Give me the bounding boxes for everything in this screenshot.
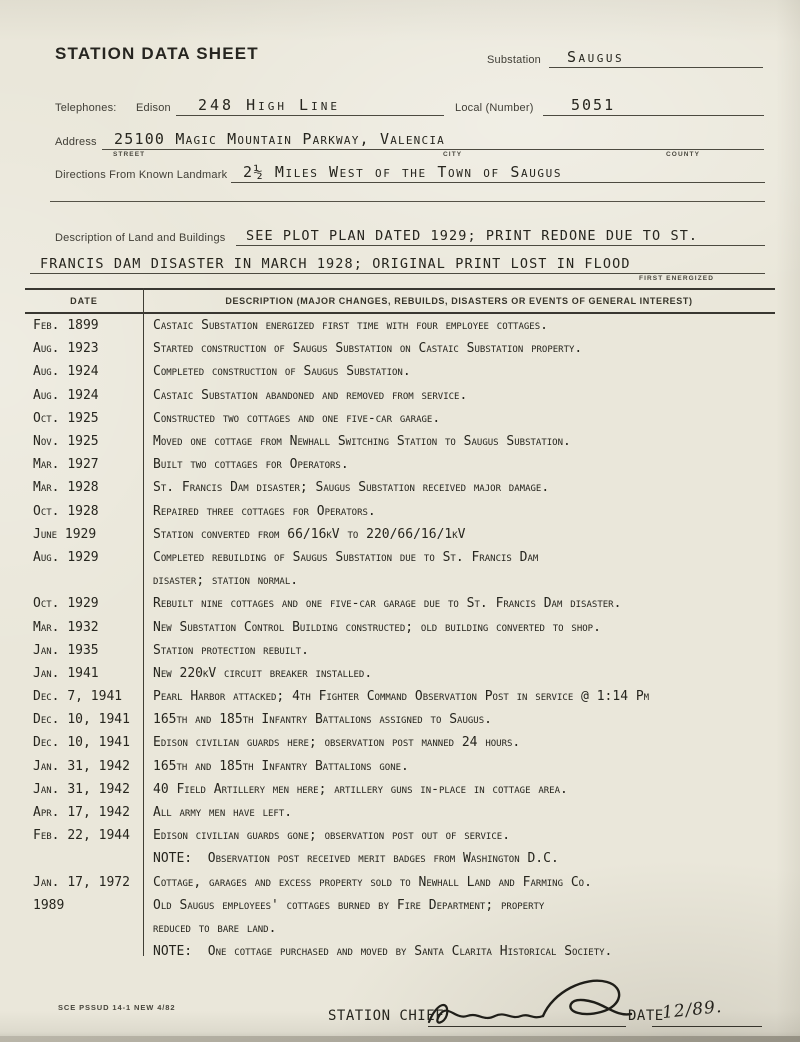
date-cell: Jan. 31, 1942 (25, 782, 143, 797)
description-cell: 165th and 185th Infantry Battalions gone… (143, 759, 775, 774)
description-cell: disaster; station normal. (143, 573, 775, 588)
table-row: reduced to bare land. (25, 917, 775, 940)
date-cell: Aug. 1923 (25, 341, 143, 356)
date-cell: June 1929 (25, 527, 143, 542)
date-cell: Jan. 17, 1972 (25, 875, 143, 890)
table-row: NOTE: Observation post received merit ba… (25, 847, 775, 870)
table-row: Jan. 17, 1972Cottage, garages and excess… (25, 871, 775, 894)
description-cell: Constructed two cottages and one five-ca… (143, 411, 775, 426)
date-cell: 1989 (25, 898, 143, 913)
description-field-line2: FRANCIS DAM DISASTER IN MARCH 1928; ORIG… (30, 252, 765, 274)
table-row: Jan. 1941New 220kV circuit breaker insta… (25, 662, 775, 685)
description-cell: NOTE: One cottage purchased and moved by… (143, 944, 775, 959)
directions-value: 2½ Miles West of the Town of Saugus (243, 163, 562, 181)
street-label: STREET (113, 151, 145, 158)
table-row: June 1929Station converted from 66/16kV … (25, 523, 775, 546)
date-column-header: DATE (25, 296, 143, 306)
date-cell: Dec. 10, 1941 (25, 712, 143, 727)
table-row: Feb. 22, 1944Edison civilian guards gone… (25, 824, 775, 847)
table-row: Aug. 1924Castaic Substation abandoned an… (25, 384, 775, 407)
description-cell: Started construction of Saugus Substatio… (143, 341, 775, 356)
date-cell: Oct. 1925 (25, 411, 143, 426)
description-cell: Station protection rebuilt. (143, 643, 775, 658)
date-line (652, 1026, 762, 1027)
table-row: Apr. 17, 1942All army men have left. (25, 801, 775, 824)
table-row: Jan. 1935Station protection rebuilt. (25, 639, 775, 662)
edison-phone-value: 248 High Line (198, 96, 340, 114)
local-number-value: 5051 (571, 96, 615, 114)
description-cell: Rebuilt nine cottages and one five-car g… (143, 596, 775, 611)
city-label: CITY (443, 151, 462, 158)
table-row: Feb. 1899Castaic Substation energized fi… (25, 314, 775, 337)
table-row: disaster; station normal. (25, 569, 775, 592)
date-cell: Oct. 1928 (25, 504, 143, 519)
substation-label: Substation (487, 54, 541, 66)
description-cell: Repaired three cottages for Operators. (143, 504, 775, 519)
table-row: Mar. 1932New Substation Control Building… (25, 615, 775, 638)
table-column-divider (143, 288, 144, 956)
date-cell: Dec. 10, 1941 (25, 735, 143, 750)
date-cell: Feb. 1899 (25, 318, 143, 333)
date-cell: Feb. 22, 1944 (25, 828, 143, 843)
address-value: 25100 Magic Mountain Parkway, Valencia (114, 130, 445, 148)
description-cell: Old Saugus employees' cottages burned by… (143, 898, 775, 913)
date-cell: Aug. 1924 (25, 388, 143, 403)
description-cell: Pearl Harbor attacked; 4th Fighter Comma… (143, 689, 775, 704)
table-row: 1989Old Saugus employees' cottages burne… (25, 894, 775, 917)
table-row: Dec. 7, 1941Pearl Harbor attacked; 4th F… (25, 685, 775, 708)
substation-value: Saugus (567, 48, 624, 66)
directions-field: 2½ Miles West of the Town of Saugus (231, 161, 765, 183)
date-cell: Aug. 1929 (25, 550, 143, 565)
local-number-label: Local (Number) (455, 102, 534, 114)
handwritten-date: 12/89. (661, 997, 723, 1023)
table-row: Jan. 31, 1942165th and 185th Infantry Ba… (25, 755, 775, 778)
description-value-line1: SEE PLOT PLAN DATED 1929; PRINT REDONE D… (246, 228, 698, 244)
date-cell: Jan. 31, 1942 (25, 759, 143, 774)
description-label: Description of Land and Buildings (55, 232, 225, 244)
table-row: Aug. 1924Completed construction of Saugu… (25, 360, 775, 383)
address-field: 25100 Magic Mountain Parkway, Valencia (102, 128, 764, 150)
table-row: Oct. 1929Rebuilt nine cottages and one f… (25, 592, 775, 615)
table-row: NOTE: One cottage purchased and moved by… (25, 940, 775, 963)
scan-edge-shadow (0, 1036, 800, 1042)
edison-phone-field: 248 High Line (176, 94, 444, 116)
table-row: Mar. 1927Built two cottages for Operator… (25, 453, 775, 476)
table-row: Dec. 10, 1941Edison civilian guards here… (25, 731, 775, 754)
form-number: SCE PSSUD 14-1 NEW 4/82 (58, 1003, 175, 1012)
date-cell: Mar. 1927 (25, 457, 143, 472)
edison-label: Edison (136, 102, 171, 114)
local-number-field: 5051 (543, 94, 764, 116)
date-cell: Aug. 1924 (25, 364, 143, 379)
description-cell: New Substation Control Building construc… (143, 620, 775, 635)
date-cell: Nov. 1925 (25, 434, 143, 449)
address-label: Address (55, 136, 97, 148)
history-table: DATE DESCRIPTION (MAJOR CHANGES, REBUILD… (25, 288, 775, 960)
table-row: Jan. 31, 194240 Field Artillery men here… (25, 778, 775, 801)
table-row: Oct. 1928Repaired three cottages for Ope… (25, 500, 775, 523)
description-cell: Edison civilian guards here; observation… (143, 735, 775, 750)
footer-date-label: DATE (628, 1008, 664, 1024)
description-cell: 40 Field Artillery men here; artillery g… (143, 782, 775, 797)
description-column-header: DESCRIPTION (MAJOR CHANGES, REBUILDS, DI… (143, 296, 775, 306)
date-cell: Oct. 1929 (25, 596, 143, 611)
table-row: Mar. 1928St. Francis Dam disaster; Saugu… (25, 476, 775, 499)
blank-rule (50, 201, 765, 202)
date-cell: Jan. 1941 (25, 666, 143, 681)
date-cell: Mar. 1932 (25, 620, 143, 635)
date-cell: Dec. 7, 1941 (25, 689, 143, 704)
table-row: Aug. 1923Started construction of Saugus … (25, 337, 775, 360)
table-row: Aug. 1929Completed rebuilding of Saugus … (25, 546, 775, 569)
table-row: Dec. 10, 1941165th and 185th Infantry Ba… (25, 708, 775, 731)
description-cell: Castaic Substation energized first time … (143, 318, 775, 333)
description-cell: reduced to bare land. (143, 921, 775, 936)
description-cell: Completed rebuilding of Saugus Substatio… (143, 550, 775, 565)
first-energized-label: FIRST ENERGIZED (639, 275, 714, 282)
table-row: Nov. 1925Moved one cottage from Newhall … (25, 430, 775, 453)
description-cell: St. Francis Dam disaster; Saugus Substat… (143, 480, 775, 495)
county-label: COUNTY (666, 151, 700, 158)
description-cell: Castaic Substation abandoned and removed… (143, 388, 775, 403)
telephones-label: Telephones: (55, 102, 117, 114)
description-cell: 165th and 185th Infantry Battalions assi… (143, 712, 775, 727)
description-cell: Station converted from 66/16kV to 220/66… (143, 527, 775, 542)
directions-label: Directions From Known Landmark (55, 169, 227, 181)
table-header-row: DATE DESCRIPTION (MAJOR CHANGES, REBUILD… (25, 288, 775, 314)
description-cell: Cottage, garages and excess property sol… (143, 875, 775, 890)
description-cell: Built two cottages for Operators. (143, 457, 775, 472)
description-field-line1: SEE PLOT PLAN DATED 1929; PRINT REDONE D… (236, 224, 765, 246)
substation-field: Saugus (549, 46, 763, 68)
description-cell: New 220kV circuit breaker installed. (143, 666, 775, 681)
history-rows: Feb. 1899Castaic Substation energized fi… (25, 314, 775, 963)
description-value-line2: FRANCIS DAM DISASTER IN MARCH 1928; ORIG… (40, 256, 631, 272)
date-cell: Mar. 1928 (25, 480, 143, 495)
description-cell: All army men have left. (143, 805, 775, 820)
signature (425, 972, 640, 1034)
description-cell: Moved one cottage from Newhall Switching… (143, 434, 775, 449)
description-cell: Edison civilian guards gone; observation… (143, 828, 775, 843)
description-cell: Completed construction of Saugus Substat… (143, 364, 775, 379)
description-cell: NOTE: Observation post received merit ba… (143, 851, 775, 866)
date-cell: Jan. 1935 (25, 643, 143, 658)
table-row: Oct. 1925Constructed two cottages and on… (25, 407, 775, 430)
date-cell: Apr. 17, 1942 (25, 805, 143, 820)
page-title: STATION DATA SHEET (55, 44, 259, 64)
